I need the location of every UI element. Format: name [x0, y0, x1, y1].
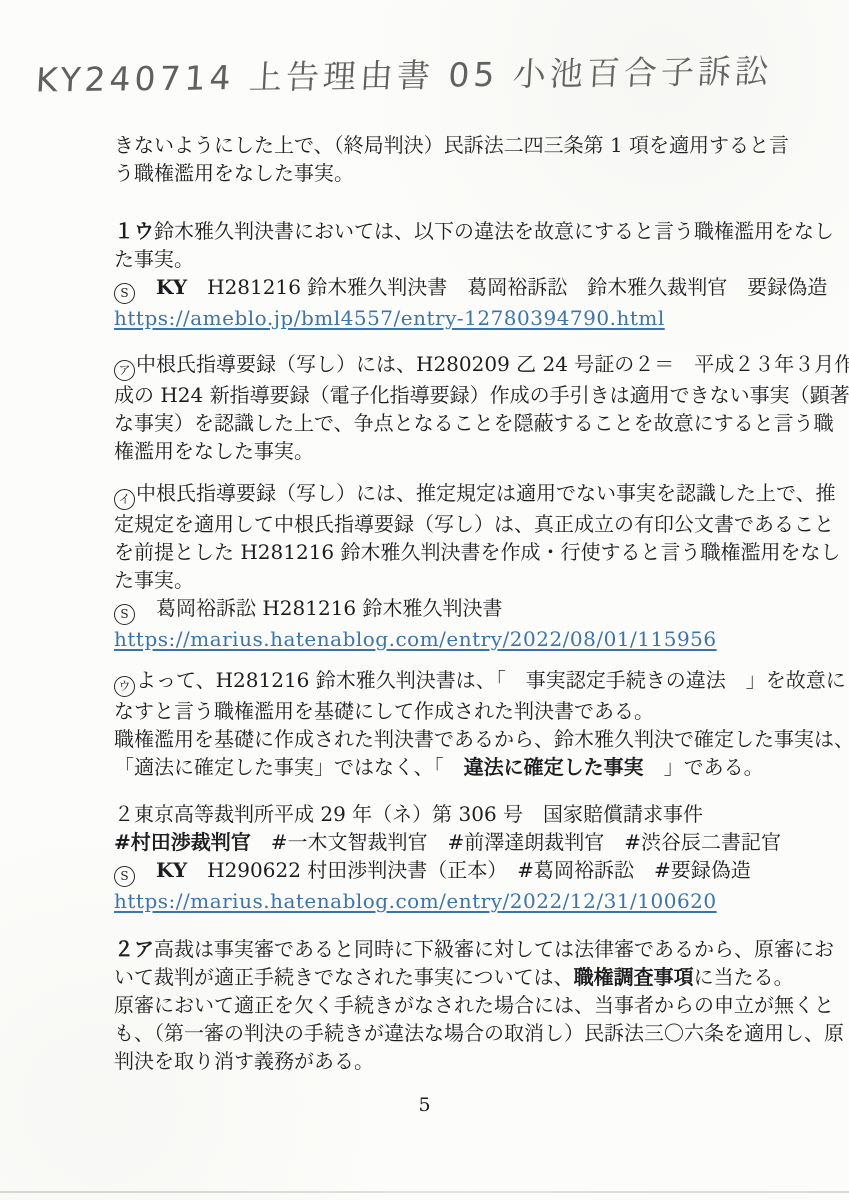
text-line: を前提とした H281216 鈴木雅久判決書を作成・行使すると言う職権濫用をなし [114, 538, 794, 566]
text-run: H290622 村田渉判決書（正本） #葛岡裕訴訟 #要録偽造 [187, 858, 751, 882]
text-line: 定規定を適用して中根氏指導要録（写し）は、真正成立の有印公文書であること [114, 510, 794, 538]
text-line: S KY H281216 鈴木雅久判決書 葛岡裕訴訟 鈴木雅久裁判官 要録偽造 [114, 273, 794, 304]
paragraph-block: ウよって、H281216 鈴木雅久判決書は、「 事実認定手続きの違法 」を故意に… [114, 666, 794, 781]
text-run: を前提とした H281216 鈴木雅久判決書を作成・行使すると言う職権濫用をなし [114, 540, 841, 564]
circled-char: ウ [114, 676, 135, 697]
text-run [136, 858, 156, 882]
text-run: ２東京高等裁判所平成 29 年（ネ）第 306 号 国家賠償請求事件 [114, 802, 703, 826]
text-line: いて裁判が適正手続きでなされた事実については、職権調査事項に当たる。 [114, 963, 794, 991]
text-run: た事実。 [114, 247, 194, 271]
text-run: きないようにした上で、（終局判決）民訴法二四三条第 1 項を適用すると言 [114, 133, 789, 157]
text-run: 高裁は事実審であると同時に下級審に対しては法律審であるから、原審にお [154, 937, 834, 961]
text-line: １ウ鈴木雅久判決書においては、以下の違法を故意にすると言う職権濫用をなし [114, 217, 794, 245]
text-line: 判決を取り消す義務がある。 [114, 1047, 794, 1075]
text-run: た事実。 [114, 568, 194, 592]
paragraph-block: きないようにした上で、（終局判決）民訴法二四三条第 1 項を適用すると言う職権濫… [114, 131, 794, 187]
text-run: 職権調査事項 [574, 965, 694, 989]
text-run: 違法に確定した事実 [464, 755, 644, 779]
text-line: きないようにした上で、（終局判決）民訴法二四三条第 1 項を適用すると言 [114, 131, 794, 159]
text-line: 職権濫用を基礎に作成された判決書であるから、鈴木雅久判決で確定した事実は、 [114, 725, 794, 753]
text-run: も、（第一審の判決の手続きが違法な場合の取消し）民訴法三〇六条を適用し、原 [114, 1021, 844, 1045]
document-body: きないようにした上で、（終局判決）民訴法二四三条第 1 項を適用すると言う職権濫… [114, 131, 794, 1075]
text-run: #一木文智裁判官 #前澤達朗裁判官 #渋谷辰二書記官 [251, 830, 781, 854]
article-link[interactable]: https://ameblo.jp/bml4557/entry-12780394… [114, 306, 665, 330]
article-link[interactable]: https://marius.hatenablog.com/entry/2022… [114, 627, 717, 651]
text-run: う職権濫用をなした事実。 [114, 161, 354, 185]
paragraph-block: ２東京高等裁判所平成 29 年（ネ）第 306 号 国家賠償請求事件#村田渉裁判… [114, 800, 794, 915]
circled-char: イ [114, 489, 135, 510]
text-run: H281216 鈴木雅久判決書 葛岡裕訴訟 鈴木雅久裁判官 要録偽造 [187, 275, 827, 299]
scanned-document-page: KY240714 上告理由書 05 小池百合子訴訟 きないようにした上で、（終局… [0, 0, 849, 1200]
paragraph-block: イ中根氏指導要録（写し）には、推定規定は適用でない事実を認識した上で、推定規定を… [114, 479, 794, 653]
text-run: 中根氏指導要録（写し）には、H280209 乙 24 号証の２＝ 平成２３年３月… [136, 352, 849, 376]
text-line: う職権濫用をなした事実。 [114, 159, 794, 187]
article-link[interactable]: https://marius.hatenablog.com/entry/2022… [114, 889, 717, 913]
text-run: 職権濫用を基礎に作成された判決書であるから、鈴木雅久判決で確定した事実は、 [114, 727, 849, 751]
paragraph-block: ア中根氏指導要録（写し）には、H280209 乙 24 号証の２＝ 平成２３年３… [114, 350, 794, 465]
text-line: 「適法に確定した事実」ではなく、「 違法に確定した事実 」である。 [114, 753, 794, 781]
text-run: 定規定を適用して中根氏指導要録（写し）は、真正成立の有印公文書であること [114, 512, 834, 536]
text-run: 原審において適正を欠く手続きがなされた場合には、当事者からの申立が無くと [114, 993, 834, 1017]
text-run: 成の H24 新指導要録（電子化指導要録）作成の手引きは適用できない事実（顕著 [114, 383, 849, 407]
paragraph-block: ２ア高裁は事実審であると同時に下級審に対しては法律審であるから、原審において裁判… [114, 935, 794, 1075]
text-line: ア中根氏指導要録（写し）には、H280209 乙 24 号証の２＝ 平成２３年３… [114, 350, 794, 381]
circled-char: S [114, 283, 135, 304]
text-line: #村田渉裁判官 #一木文智裁判官 #前澤達朗裁判官 #渋谷辰二書記官 [114, 828, 794, 856]
text-run: 鈴木雅久判決書においては、以下の違法を故意にすると言う職権濫用をなし [154, 219, 834, 243]
text-run: なすと言う職権濫用を基礎にして作成された判決書である。 [114, 699, 654, 723]
text-line: ウよって、H281216 鈴木雅久判決書は、「 事実認定手続きの違法 」を故意に [114, 666, 794, 697]
text-line: S KY H290622 村田渉判決書（正本） #葛岡裕訴訟 #要録偽造 [114, 856, 794, 887]
text-run [136, 275, 156, 299]
circled-char: S [114, 604, 135, 625]
text-run: いて裁判が適正手続きでなされた事実については、 [114, 965, 574, 989]
text-run: 」である。 [644, 755, 764, 779]
text-run: 葛岡裕訴訟 H281216 鈴木雅久判決書 [136, 596, 503, 620]
text-line: なすと言う職権濫用を基礎にして作成された判決書である。 [114, 697, 794, 725]
text-run: KY [156, 275, 187, 299]
text-line: た事実。 [114, 566, 794, 594]
text-run: 判決を取り消す義務がある。 [114, 1049, 374, 1073]
text-line: https://ameblo.jp/bml4557/entry-12780394… [114, 304, 794, 332]
text-run: 権濫用をなした事実。 [114, 439, 314, 463]
text-line: 成の H24 新指導要録（電子化指導要録）作成の手引きは適用できない事実（顕著 [114, 381, 794, 409]
circled-char: ア [114, 360, 135, 381]
text-line: ２ア高裁は事実審であると同時に下級審に対しては法律審であるから、原審にお [114, 935, 794, 963]
text-run: よって、H281216 鈴木雅久判決書は、「 事実認定手続きの違法 」を故意に [136, 668, 846, 692]
text-line: た事実。 [114, 245, 794, 273]
text-line: S 葛岡裕訴訟 H281216 鈴木雅久判決書 [114, 594, 794, 625]
text-line: イ中根氏指導要録（写し）には、推定規定は適用でない事実を認識した上で、推 [114, 479, 794, 510]
text-run: １ウ [114, 219, 154, 243]
text-line: https://marius.hatenablog.com/entry/2022… [114, 625, 794, 653]
text-run: な事実）を認識した上で、争点となることを隠蔽することを故意にすると言う職 [114, 411, 834, 435]
text-line: な事実）を認識した上で、争点となることを隠蔽することを故意にすると言う職 [114, 409, 794, 437]
text-line: https://marius.hatenablog.com/entry/2022… [114, 887, 794, 915]
page-number: 5 [0, 1094, 849, 1116]
text-line: 権濫用をなした事実。 [114, 437, 794, 465]
text-run: 「適法に確定した事実」ではなく、「 [114, 755, 464, 779]
text-run: 中根氏指導要録（写し）には、推定規定は適用でない事実を認識した上で、推 [136, 481, 836, 505]
paragraph-block: １ウ鈴木雅久判決書においては、以下の違法を故意にすると言う職権濫用をなした事実。… [114, 217, 794, 332]
scan-edge-artifact [0, 1191, 849, 1193]
text-line: 原審において適正を欠く手続きがなされた場合には、当事者からの申立が無くと [114, 991, 794, 1019]
text-run: に当たる。 [694, 965, 794, 989]
text-line: も、（第一審の判決の手続きが違法な場合の取消し）民訴法三〇六条を適用し、原 [114, 1019, 794, 1047]
text-run: ２ア [114, 937, 154, 961]
handwritten-title: KY240714 上告理由書 05 小池百合子訴訟 [35, 45, 774, 101]
text-run: #村田渉裁判官 [114, 830, 251, 854]
circled-char: S [114, 866, 135, 887]
text-line: ２東京高等裁判所平成 29 年（ネ）第 306 号 国家賠償請求事件 [114, 800, 794, 828]
text-run: KY [156, 858, 187, 882]
